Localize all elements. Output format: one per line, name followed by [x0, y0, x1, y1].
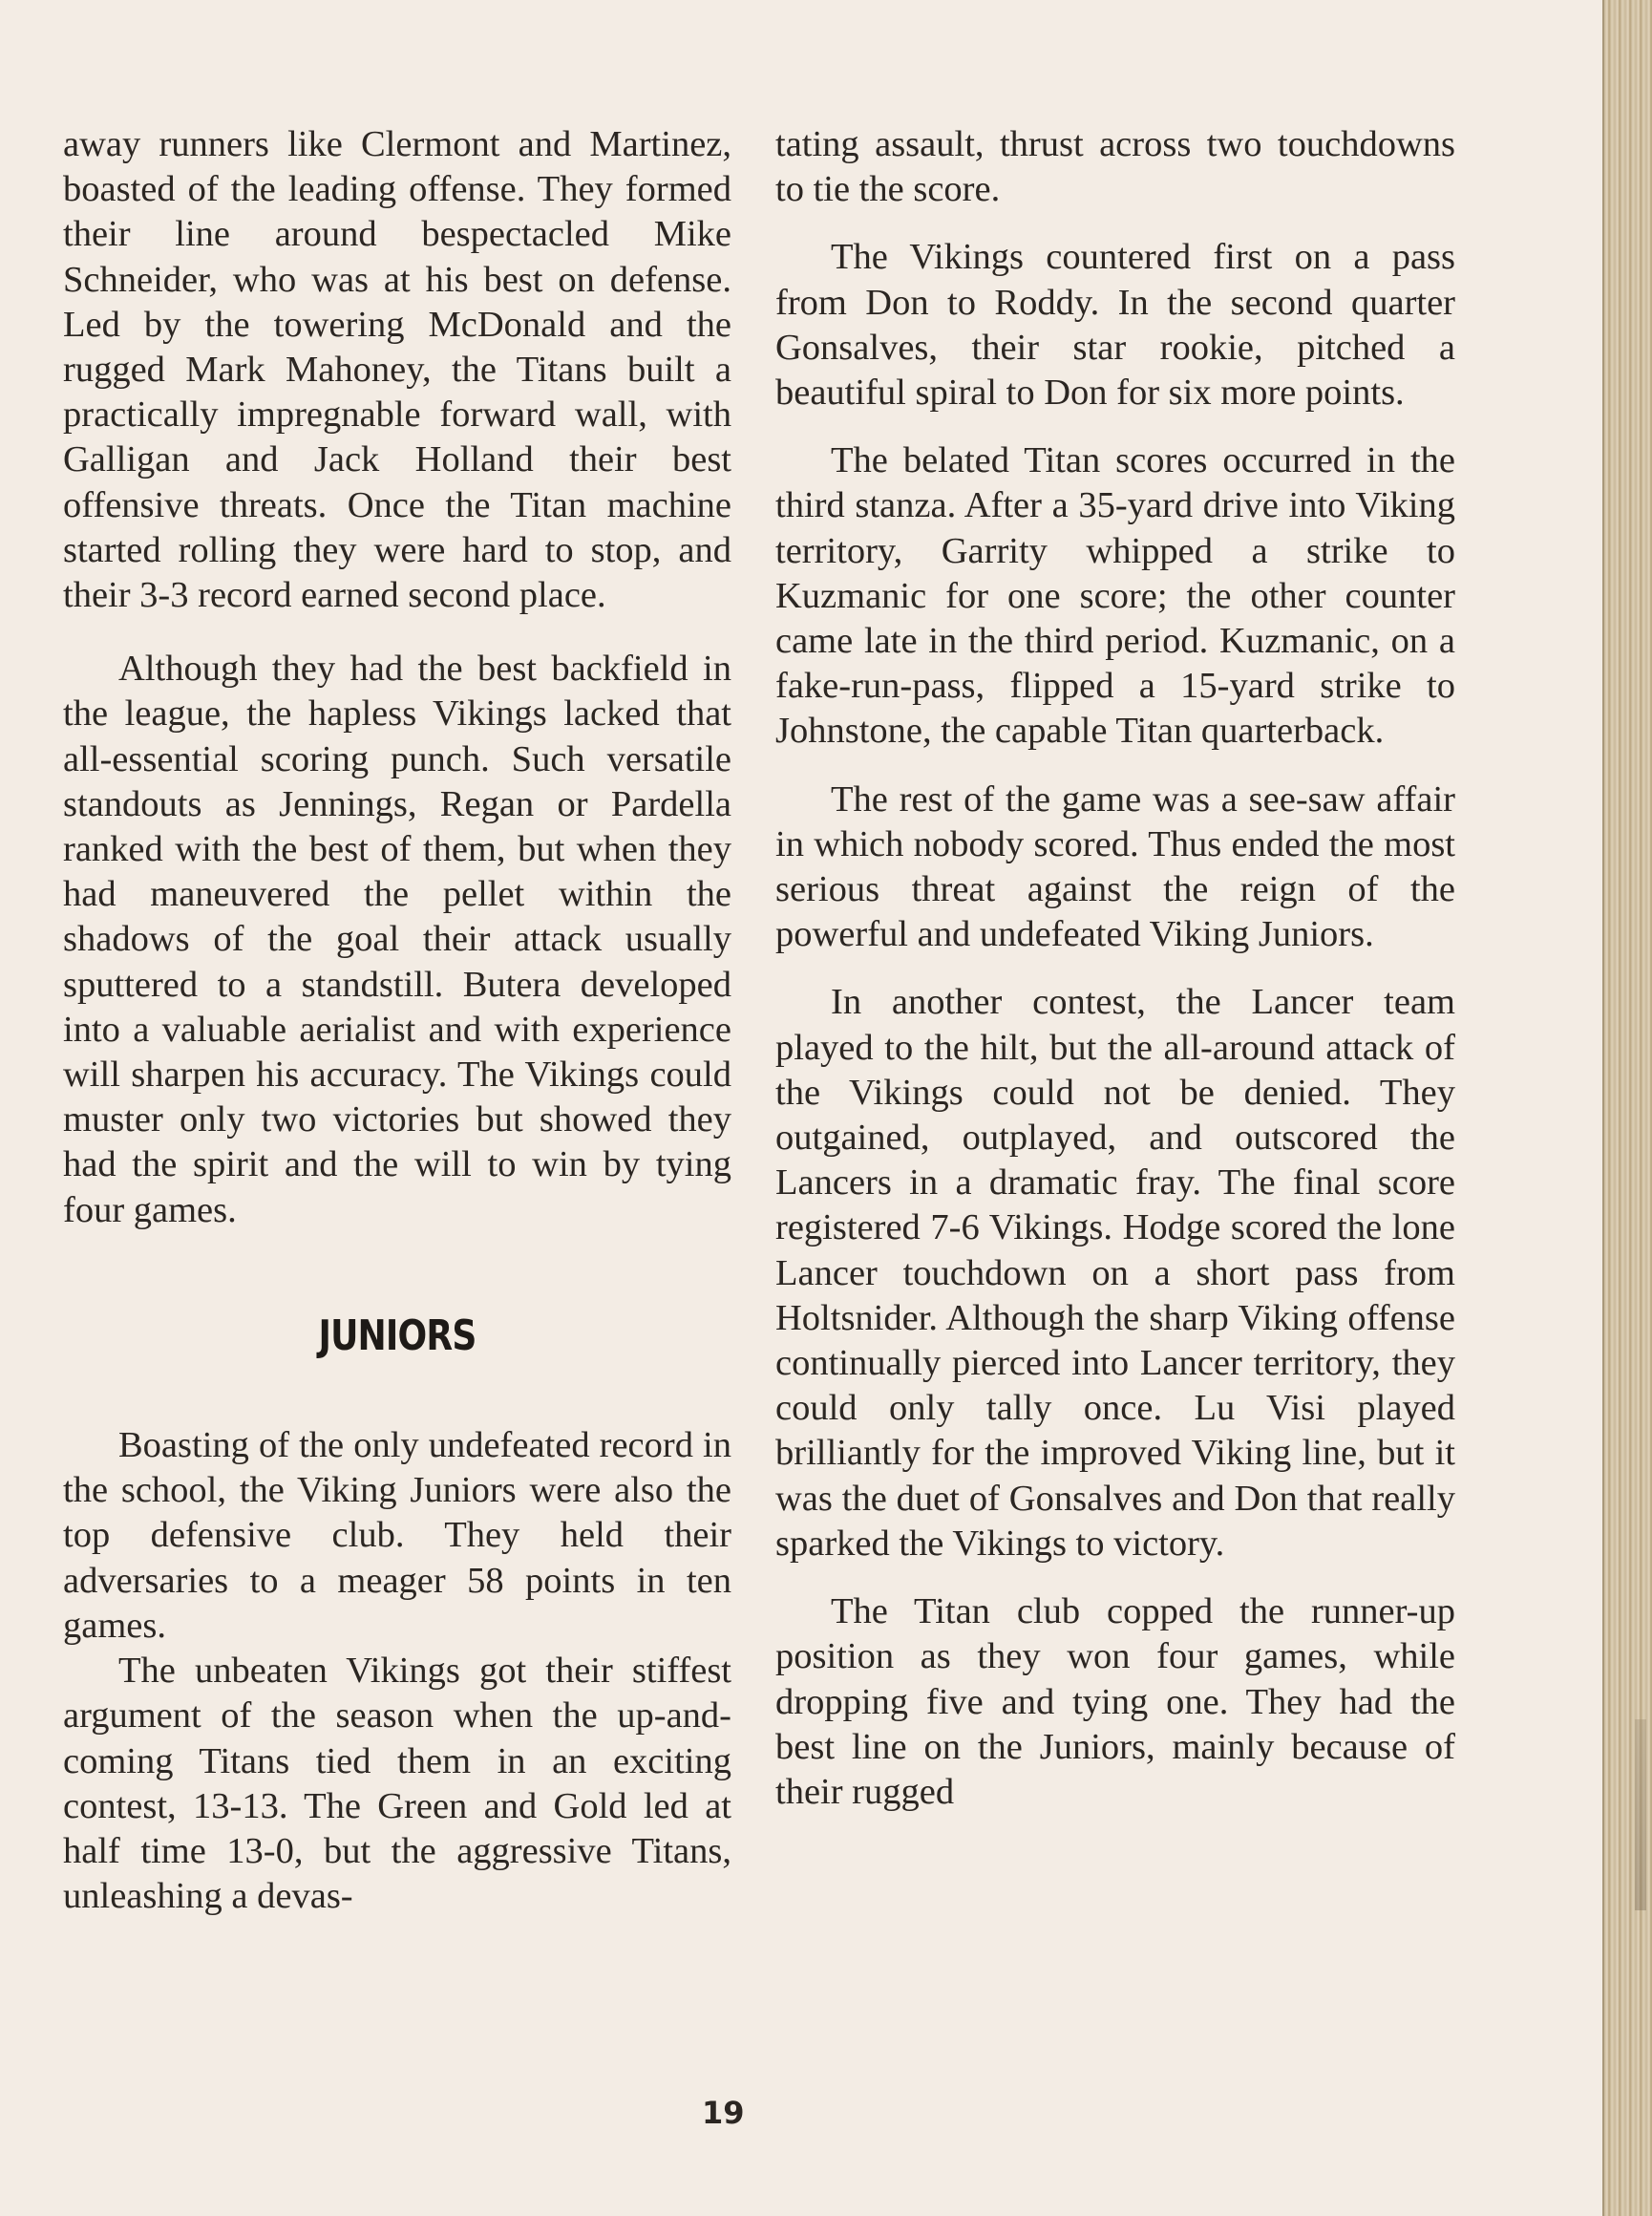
paragraph-titans-tie: The unbeaten Vikings got their stiffest …: [63, 1649, 731, 1919]
paragraph-vikings-countered: The Vikings countered first on a pass fr…: [775, 235, 1455, 415]
paragraph-titans-summary: away runners like Clermont and Martinez,…: [63, 122, 731, 618]
paragraph-juniors-intro: Boasting of the only undefeated record i…: [63, 1423, 731, 1649]
right-column: tating assault, thrust across two touchd…: [775, 122, 1455, 1815]
paragraph-titan-scores: The belated Titan scores occurred in the…: [775, 438, 1455, 754]
paragraph-titan-runner-up: The Titan club copped the runner-up posi…: [775, 1589, 1455, 1815]
page-edge-stain: [1635, 1719, 1646, 1910]
paragraph-see-saw: The rest of the game was a see-saw affai…: [775, 778, 1455, 958]
paragraph-tie-continued: tating assault, thrust across two touchd…: [775, 122, 1455, 212]
paragraph-vikings-summary: Although they had the best backfield in …: [63, 647, 731, 1233]
book-page-edge: [1602, 0, 1652, 2216]
left-column: away runners like Clermont and Martinez,…: [63, 122, 731, 1919]
paragraph-lancer-contest: In another contest, the Lancer team play…: [775, 980, 1455, 1566]
book-page: away runners like Clermont and Martinez,…: [0, 0, 1604, 2216]
section-heading-juniors: JUNIORS: [123, 1313, 671, 1358]
page-number: 19: [702, 2095, 745, 2131]
